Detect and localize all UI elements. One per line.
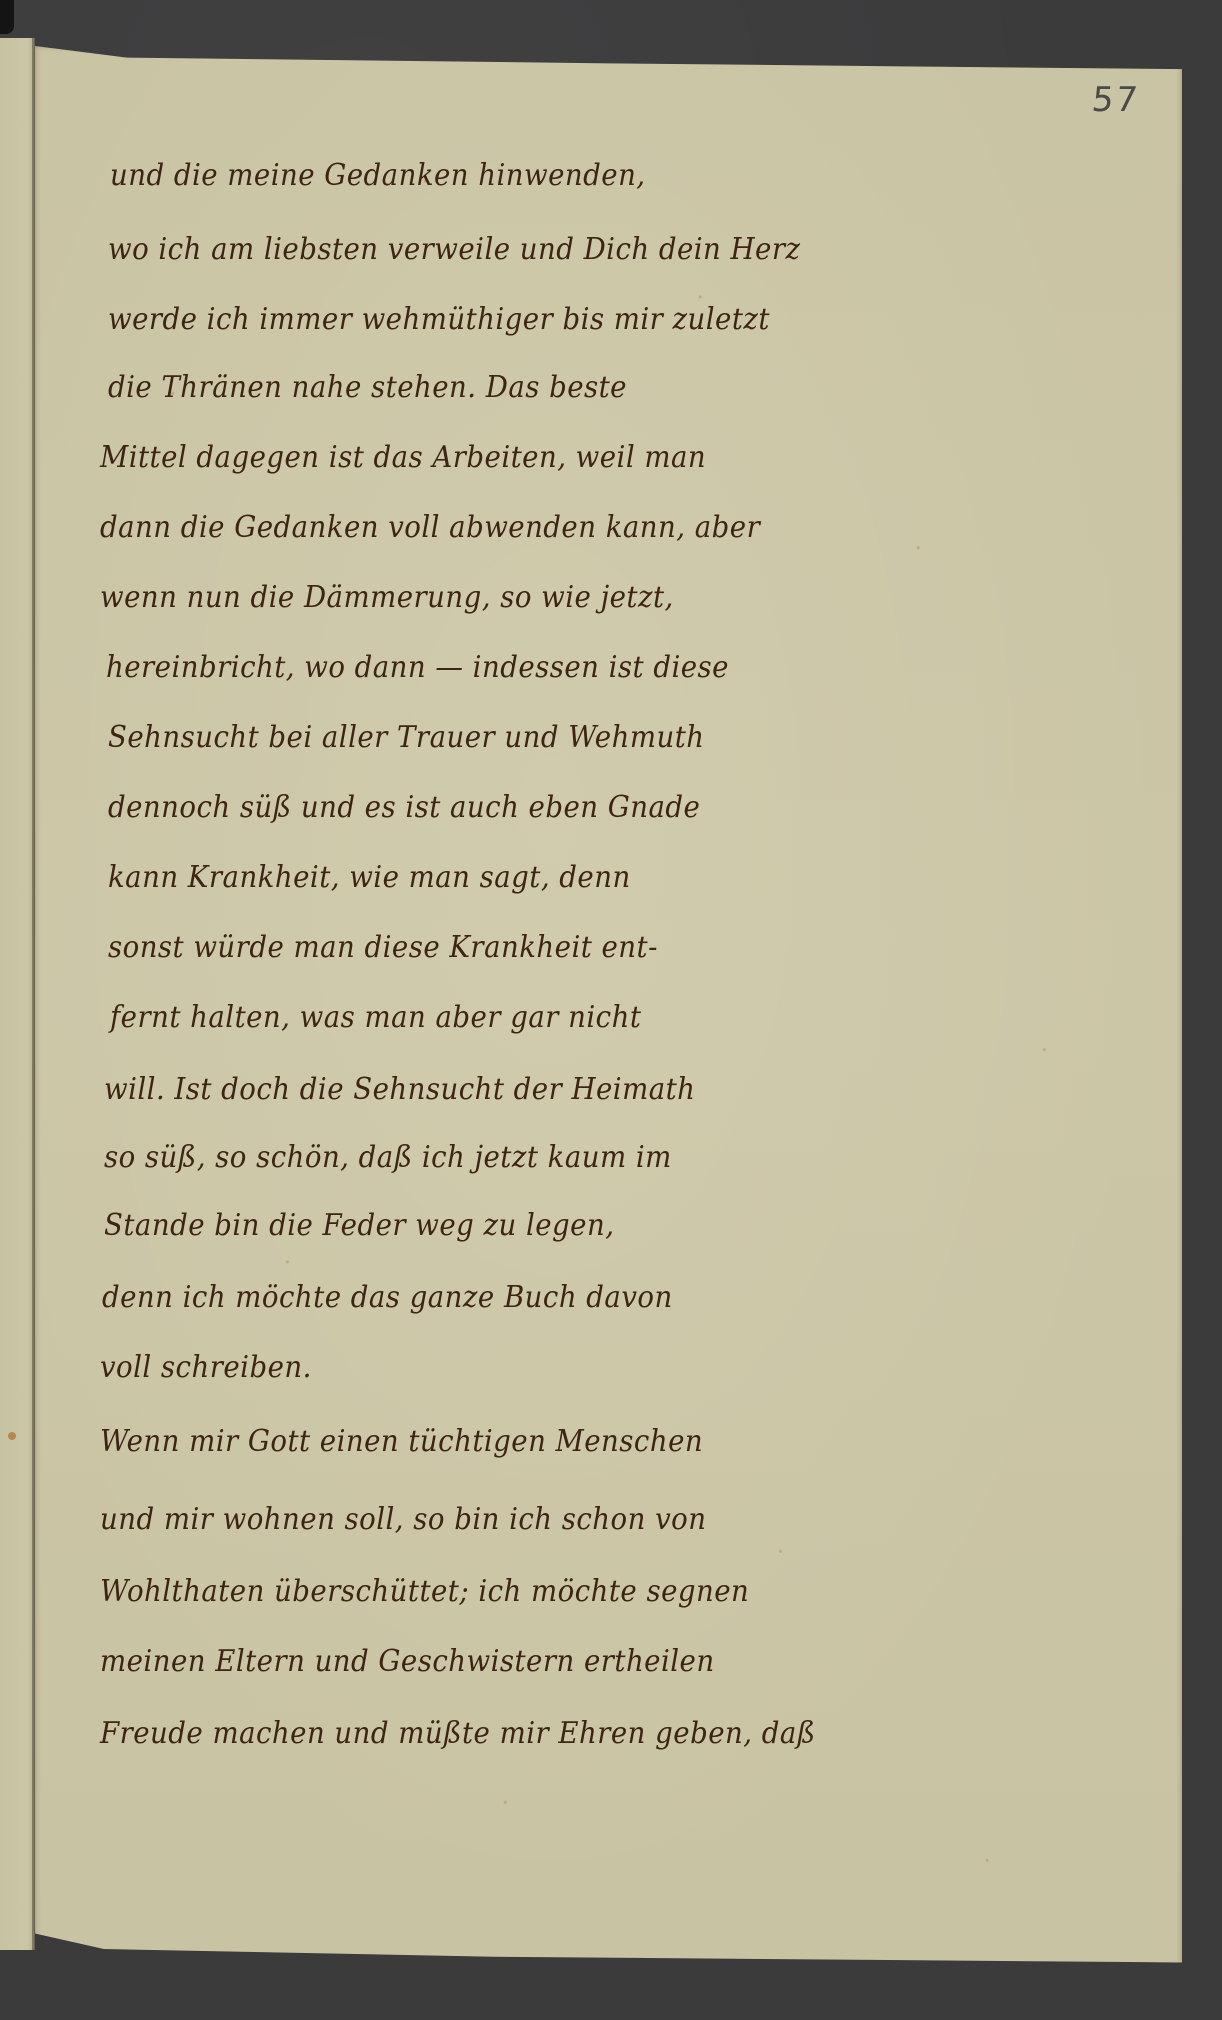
- handwritten-line: will. Ist doch die Sehnsucht der Heimath: [104, 1072, 695, 1107]
- handwritten-line: meinen Eltern und Geschwistern ertheilen: [100, 1644, 715, 1679]
- binding-gutter: [32, 38, 35, 1950]
- binding-clip: [0, 0, 14, 34]
- folio-number: 57: [1090, 80, 1141, 120]
- handwritten-line: wenn nun die Dämmerung, so wie jetzt,: [100, 580, 674, 615]
- handwritten-line: kann Krankheit, wie man sagt, denn: [108, 860, 631, 895]
- handwritten-line: werde ich immer wehmüthiger bis mir zule…: [108, 302, 770, 337]
- handwritten-line: sonst würde man diese Krankheit ent-: [108, 930, 658, 965]
- handwritten-line: und die meine Gedanken hinwenden,: [110, 158, 646, 193]
- handwritten-line: die Thränen nahe stehen. Das beste: [108, 370, 627, 405]
- handwritten-text-block: und die meine Gedanken hinwenden,wo ich …: [35, 46, 1182, 1976]
- ink-stain: [8, 1432, 16, 1440]
- previous-page-edge: [0, 38, 34, 1950]
- manuscript-page: und die meine Gedanken hinwenden,wo ich …: [35, 46, 1182, 1976]
- handwritten-line: Mittel dagegen ist das Arbeiten, weil ma…: [100, 440, 706, 475]
- handwritten-line: wo ich am liebsten verweile und Dich dei…: [108, 232, 801, 267]
- handwritten-line: Sehnsucht bei aller Trauer und Wehmuth: [108, 720, 704, 755]
- handwritten-line: voll schreiben.: [100, 1350, 312, 1385]
- handwritten-line: Stande bin die Feder weg zu legen,: [104, 1208, 614, 1243]
- handwritten-line: hereinbricht, wo dann — indessen ist die…: [106, 650, 729, 685]
- handwritten-line: dennoch süß und es ist auch eben Gnade: [108, 790, 700, 825]
- handwritten-line: und mir wohnen soll, so bin ich schon vo…: [100, 1502, 706, 1537]
- handwritten-line: fernt halten, was man aber gar nicht: [110, 1000, 641, 1035]
- handwritten-line: so süß, so schön, daß ich jetzt kaum im: [104, 1140, 672, 1175]
- handwritten-line: denn ich möchte das ganze Buch davon: [102, 1280, 673, 1315]
- handwritten-line: dann die Gedanken voll abwenden kann, ab…: [100, 510, 760, 545]
- handwritten-line: Freude machen und müßte mir Ehren geben,…: [100, 1716, 816, 1751]
- handwritten-line: Wohlthaten überschüttet; ich möchte segn…: [100, 1574, 749, 1609]
- handwritten-line: Wenn mir Gott einen tüchtigen Menschen: [100, 1424, 703, 1459]
